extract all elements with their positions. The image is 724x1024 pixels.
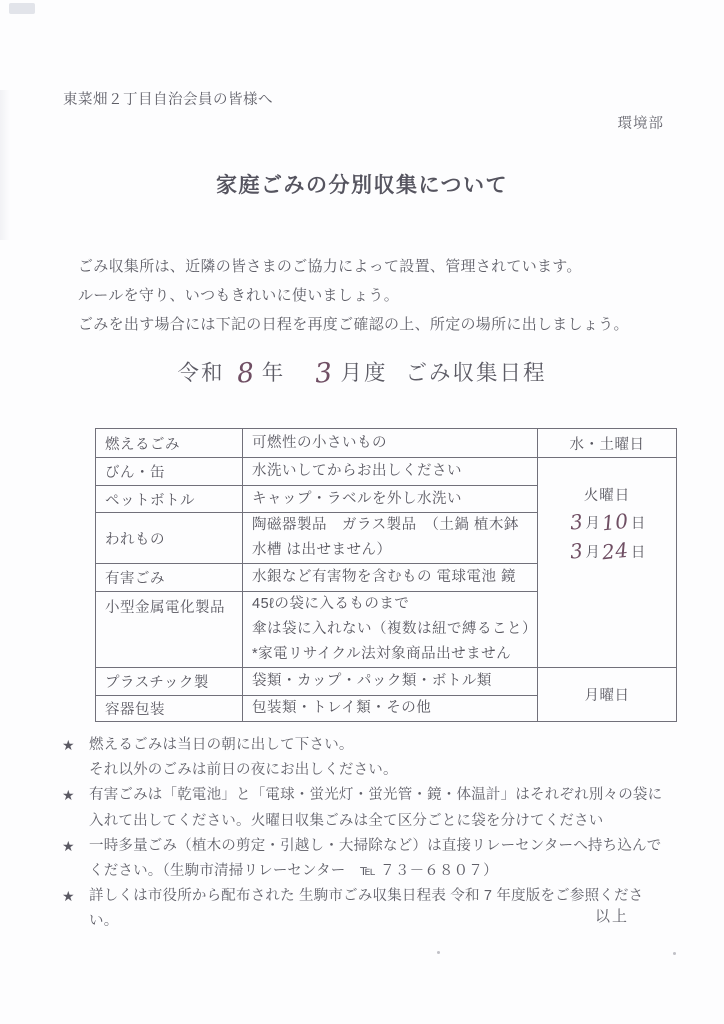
footnote-line: 一時多量ごみ（植木の剪定・引越し・大掃除など）は直接リレーセンターへ持ち込んで: [89, 834, 672, 859]
category-cell: われもの: [96, 513, 243, 564]
footnote: ★ 有害ごみは「乾電池」と「電球・蛍光灯・蛍光管・鏡・体温計」はそれぞれ別々の袋…: [62, 783, 672, 833]
document-title: 家庭ごみの分別収集について: [0, 169, 724, 199]
schedule-heading: 令和8年3月度ごみ収集日程: [0, 356, 724, 389]
description-line: 陶磁器製品 ガラス製品 （土鍋 植木鉢: [252, 513, 537, 538]
star-icon: ★: [62, 834, 75, 859]
handwritten-date: 3月10日: [568, 510, 646, 534]
description-line: 水銀など有害物を含むもの 電球電池 鏡: [252, 565, 537, 590]
description-line: 袋類・カップ・パック類・ボトル類: [252, 669, 537, 694]
handwritten-date: 3月24日: [568, 539, 646, 563]
scan-edge-shade: [0, 90, 10, 240]
handwritten-year: 8: [235, 357, 257, 390]
footnote-line: い。: [89, 909, 672, 934]
scanned-notice-page: 東菜畑２丁目自治会員の皆様へ 環境部 家庭ごみの分別収集について ごみ収集所は、…: [0, 0, 724, 1024]
footnote: ★ 燃えるごみは当日の朝に出して下さい。 それ以外のごみは前日の夜にお出しくださ…: [62, 733, 672, 783]
footnote: ★ 詳しくは市役所から配布された 生駒市ごみ収集日程表 令和 7 年度版をご参照…: [62, 884, 672, 934]
scan-speck: [673, 952, 676, 955]
table-row: プラスチック製 袋類・カップ・パック類・ボトル類 月曜日: [96, 668, 677, 696]
intro-line: ごみ収集所は、近隣の皆さまのご協力によって設置、管理されています。: [78, 252, 694, 281]
footnote-line: 燃えるごみは当日の朝に出して下さい。: [89, 733, 672, 758]
description-cell: 45ℓの袋に入るものまで 傘は袋に入れない（複数は紐で縛ること） *家電リサイク…: [243, 592, 538, 668]
footnote-line: ください。（生駒市清掃リレーセンター ℡ ７３－６８０７）: [89, 859, 672, 884]
scan-speck: [437, 951, 440, 954]
handwritten-month-num: 3: [569, 509, 585, 534]
description-line: 45ℓの袋に入るものまで: [252, 592, 537, 617]
footnotes: ★ 燃えるごみは当日の朝に出して下さい。 それ以外のごみは前日の夜にお出しくださ…: [62, 733, 672, 935]
description-line: 傘は袋に入れない（複数は紐で縛ること）: [252, 617, 537, 642]
table-row: 燃えるごみ 可燃性の小さいもの 水・土曜日: [96, 429, 677, 458]
tuesday-label: 火曜日: [584, 484, 631, 505]
description-cell: 袋類・カップ・パック類・ボトル類: [243, 668, 538, 696]
intro-paragraph: ごみ収集所は、近隣の皆さまのご協力によって設置、管理されています。 ルールを守り…: [78, 252, 694, 339]
category-cell: プラスチック製: [96, 668, 243, 696]
description-line: *家電リサイクル法対象商品出せません: [252, 642, 537, 667]
month-unit: 月: [585, 516, 600, 532]
footnote-line: 詳しくは市役所から配布された 生駒市ごみ収集日程表 令和 7 年度版をご参照くだ…: [89, 884, 672, 909]
footnote-line: それ以外のごみは前日の夜にお出しください。: [89, 758, 672, 783]
day-cell-burnable: 水・土曜日: [538, 429, 677, 458]
day-cell-monday: 月曜日: [538, 668, 677, 722]
description-line: 可燃性の小さいもの: [252, 431, 537, 456]
department-signature: 環境部: [618, 112, 665, 133]
description-line: 水洗いしてからお出しください: [252, 459, 537, 484]
intro-line: ルールを守り、いつもきれいに使いましょう。: [78, 281, 694, 310]
category-cell: 燃えるごみ: [96, 429, 243, 458]
footnote-line: 入れて出してください。火曜日収集ごみは全て区分ごとに袋を分けてください: [89, 809, 672, 834]
garbage-schedule-table: 燃えるごみ 可燃性の小さいもの 水・土曜日 びん・缶 水洗いしてからお出しくださ…: [95, 428, 677, 722]
category-cell: 小型金属電化製品: [96, 592, 243, 668]
category-cell: 容器包装: [96, 696, 243, 722]
month-unit: 月: [585, 545, 600, 561]
star-icon: ★: [62, 783, 75, 808]
description-cell: 水銀など有害物を含むもの 電球電池 鏡: [243, 564, 538, 592]
year-unit: 年: [262, 361, 286, 385]
closing-mark: 以上: [595, 905, 629, 926]
description-cell: 可燃性の小さいもの: [243, 429, 538, 458]
star-icon: ★: [62, 884, 75, 909]
handwritten-day-num: 24: [601, 538, 630, 565]
description-cell: 水洗いしてからお出しください: [243, 458, 538, 486]
month-unit: 月度: [340, 361, 387, 385]
day-unit: 日: [631, 545, 646, 561]
description-cell: キャップ・ラベルを外し水洗い: [243, 486, 538, 513]
description-cell: 包装類・トレイ類・その他: [243, 696, 538, 722]
recipient-line: 東菜畑２丁目自治会員の皆様へ: [63, 88, 273, 109]
tuesday-cell-content: 火曜日 3月10日 3月24日: [538, 458, 676, 563]
table-row: びん・缶 水洗いしてからお出しください 火曜日 3月10日 3月24日: [96, 458, 677, 486]
intro-line: ごみを出す場合には下記の日程を再度ご確認の上、所定の場所に出しましょう。: [78, 310, 694, 339]
category-cell: びん・缶: [96, 458, 243, 486]
description-cell: 陶磁器製品 ガラス製品 （土鍋 植木鉢 水槽 は出せません）: [243, 513, 538, 564]
day-unit: 日: [631, 516, 646, 532]
category-cell: ペットボトル: [96, 486, 243, 513]
description-line: キャップ・ラベルを外し水洗い: [252, 487, 537, 512]
handwritten-month-num: 3: [569, 538, 585, 563]
footnote: ★ 一時多量ごみ（植木の剪定・引越し・大掃除など）は直接リレーセンターへ持ち込ん…: [62, 834, 672, 884]
era-label: 令和: [178, 361, 225, 385]
handwritten-day-num: 10: [601, 509, 630, 536]
day-cell-tuesday: 火曜日 3月10日 3月24日: [538, 458, 677, 668]
description-line: 水槽 は出せません）: [252, 538, 537, 563]
scan-corner-artifact: [9, 3, 35, 14]
description-line: 包装類・トレイ類・その他: [252, 696, 537, 721]
star-icon: ★: [62, 733, 75, 758]
schedule-heading-label: ごみ収集日程: [405, 361, 546, 385]
footnote-line: 有害ごみは「乾電池」と「電球・蛍光灯・蛍光管・鏡・体温計」はそれぞれ別々の袋に: [89, 783, 672, 808]
category-cell: 有害ごみ: [96, 564, 243, 592]
handwritten-month: 3: [314, 357, 336, 390]
